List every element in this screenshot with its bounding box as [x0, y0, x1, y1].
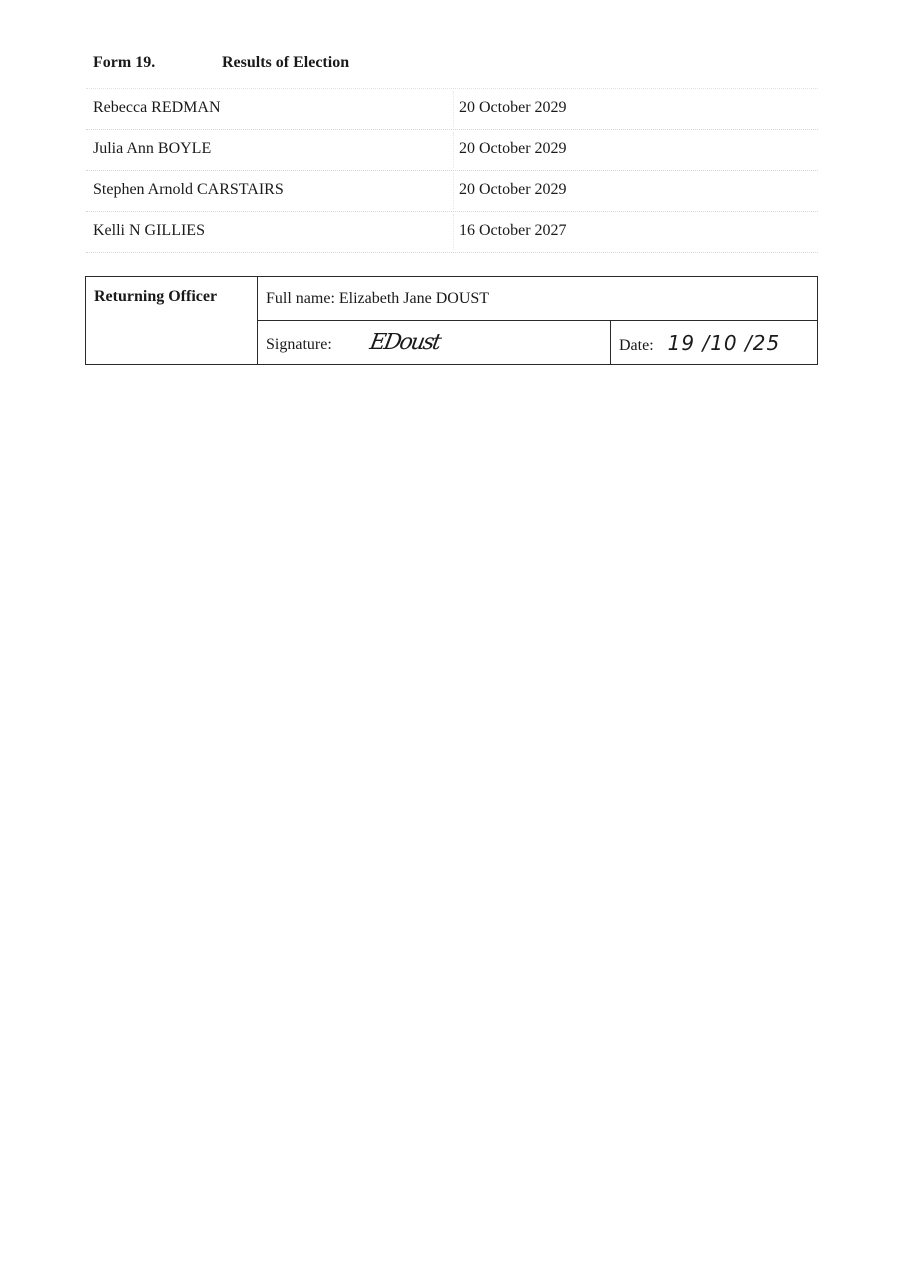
column-divider: [453, 173, 454, 209]
candidate-name: Rebecca REDMAN: [93, 99, 221, 117]
result-row: Rebecca REDMAN 20 October 2029: [86, 88, 818, 130]
handwritten-signature: EDoust: [368, 330, 442, 355]
term-end-date: 20 October 2029: [459, 99, 567, 117]
result-row: Julia Ann BOYLE 20 October 2029: [86, 130, 818, 171]
candidate-name: Kelli N GILLIES: [93, 222, 205, 240]
term-end-date: 20 October 2029: [459, 140, 567, 158]
form-heading: Form 19.Results of Election: [93, 54, 349, 72]
result-row: Stephen Arnold CARSTAIRS 20 October 2029: [86, 171, 818, 212]
column-divider: [453, 132, 454, 168]
term-end-date: 16 October 2027: [459, 222, 567, 240]
column-divider: [453, 91, 454, 127]
signature-label: Signature:: [266, 336, 332, 354]
candidate-name: Julia Ann BOYLE: [93, 140, 211, 158]
officer-full-name: Full name: Elizabeth Jane DOUST: [258, 277, 818, 321]
candidate-name: Stephen Arnold CARSTAIRS: [93, 181, 284, 199]
result-row: Kelli N GILLIES 16 October 2027: [86, 212, 818, 253]
results-list: Rebecca REDMAN 20 October 2029 Julia Ann…: [86, 88, 818, 253]
returning-officer-label: Returning Officer: [86, 277, 258, 365]
returning-officer-table: Returning Officer Full name: Elizabeth J…: [85, 276, 818, 365]
form-number: Form 19.: [93, 54, 222, 72]
date-label: Date:: [619, 337, 654, 355]
term-end-date: 20 October 2029: [459, 181, 567, 199]
signature-cell: Signature: EDoust: [258, 321, 611, 365]
handwritten-date: 19 /10 /25: [668, 331, 781, 355]
form-title: Results of Election: [222, 54, 349, 71]
column-divider: [453, 214, 454, 250]
date-cell: Date: 19 /10 /25: [611, 321, 818, 365]
